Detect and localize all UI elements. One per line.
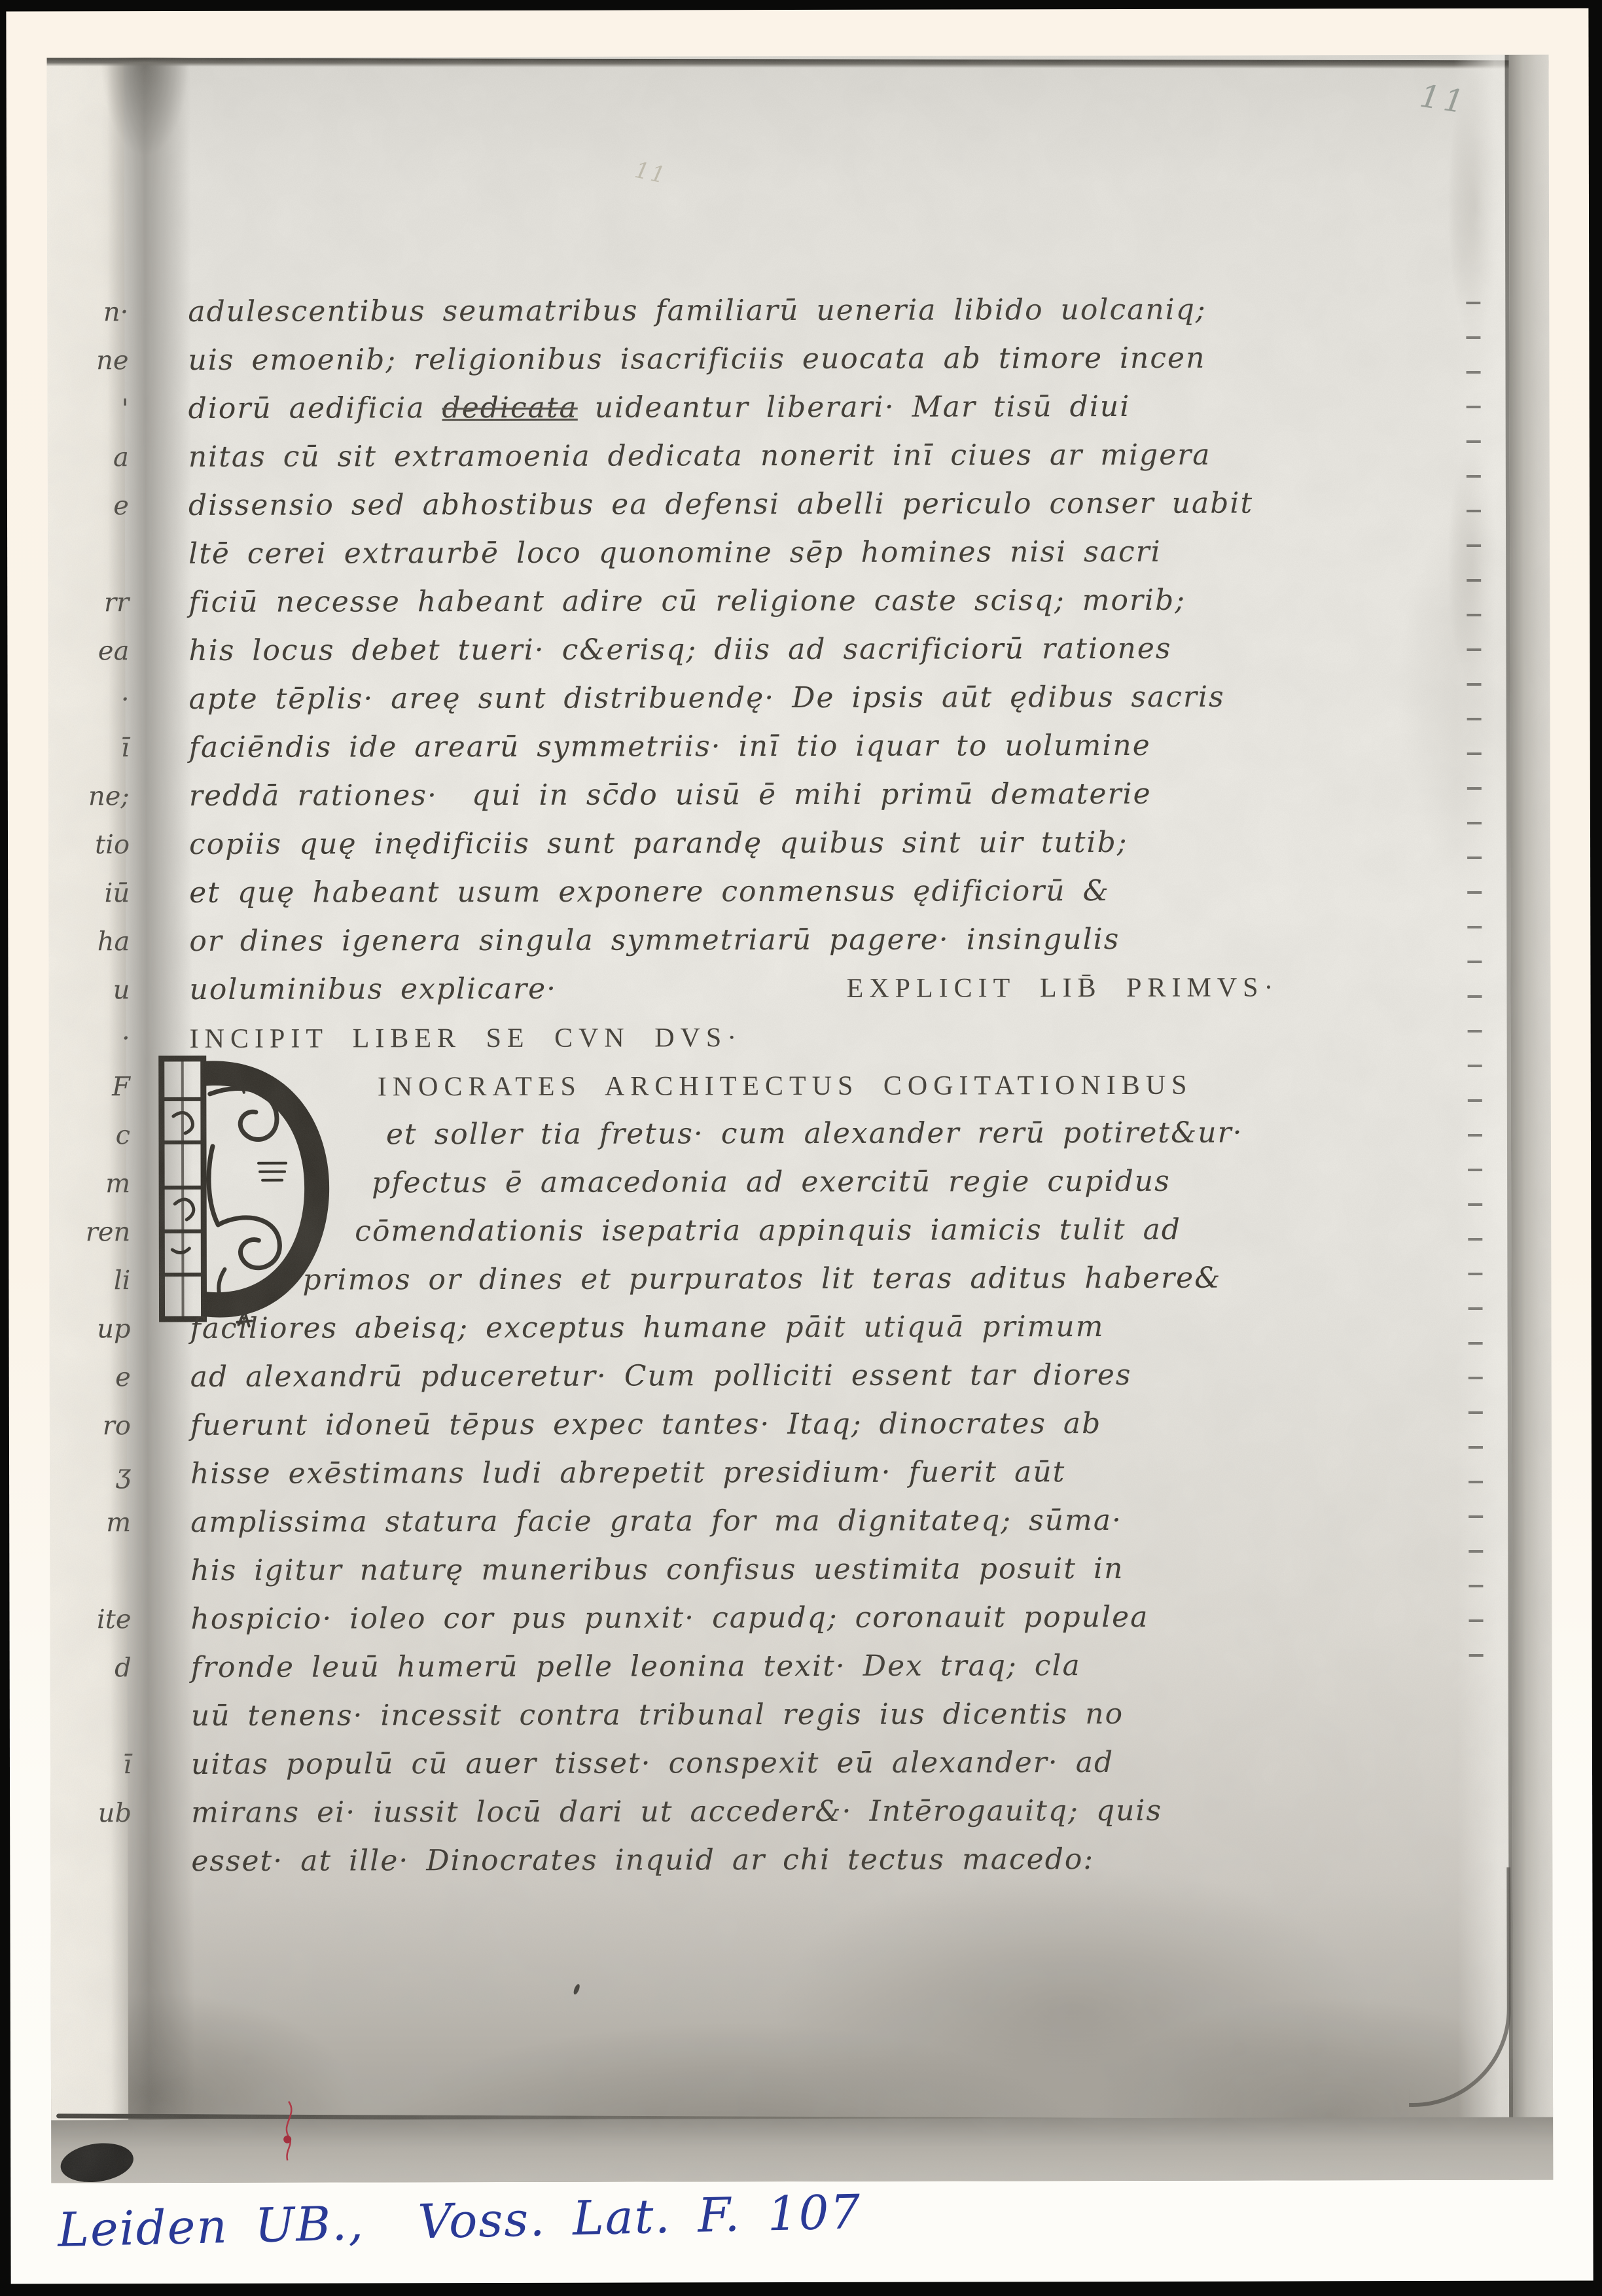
manuscript-line: ficiū necesse habeant adire cū religione… bbox=[188, 576, 1288, 627]
manuscript-line: faciliores abeisq; exceptus humane pāit … bbox=[190, 1302, 1290, 1353]
manuscript-line: nitas cū sit extramoenia dedicata noneri… bbox=[188, 431, 1288, 482]
line-text: et quę habeant usum exponere conmensus ę… bbox=[189, 874, 1110, 910]
line-text: or dines igenera singula symmetriarū pag… bbox=[189, 923, 1120, 958]
manuscript-line: copiis quę inędificiis sunt parandę quib… bbox=[189, 818, 1289, 869]
manuscript-line: apte tēplis· areę sunt distribuendę· De … bbox=[188, 673, 1288, 724]
manuscript-line: or dines igenera singula symmetriarū pag… bbox=[189, 915, 1289, 966]
gutter-shadow-top bbox=[93, 58, 198, 215]
rubric-capitals: INCIPIT LIBER SE CVN DVS· bbox=[190, 1023, 743, 1054]
manuscript-line: adulescentibus seumatribus familiarū uen… bbox=[188, 285, 1287, 336]
photograph-page: n·ne'aerrea·īne;tioiūhau·Fcmrenliuperoʒm… bbox=[0, 0, 1602, 2296]
line-text: adulescentibus seumatribus familiarū uen… bbox=[188, 293, 1206, 328]
line-text: hisse exēstimans ludi abrepetit presidiu… bbox=[190, 1455, 1065, 1491]
manuscript-line: hisse exēstimans ludi abrepetit presidiu… bbox=[190, 1447, 1290, 1498]
faint-pencil-mark: 11 bbox=[632, 157, 669, 189]
line-text: uitas populū cū auer tisset· conspexit e… bbox=[191, 1746, 1114, 1781]
manuscript-photo: n·ne'aerrea·īne;tioiūhau·Fcmrenliuperoʒm… bbox=[47, 55, 1554, 2183]
line-text: reddā rationes· qui in sc̄do uisū ē mihi… bbox=[189, 777, 1152, 813]
manuscript-line: uoluminibus explicare·EXPLICIT LIB̄ PRIM… bbox=[189, 963, 1279, 1014]
manuscript-text: adulescentibus seumatribus familiarū uen… bbox=[188, 285, 1290, 1886]
line-text: ad alexandrū pduceretur· Cum polliciti e… bbox=[190, 1358, 1132, 1394]
manuscript-line: diorū aedificia dedicata uideantur liber… bbox=[188, 382, 1288, 433]
line-text: uideantur liberari· Mar tisū diui bbox=[578, 390, 1131, 425]
rubric-capitals: EXPLICIT LIB̄ PRIMVS· bbox=[846, 963, 1279, 1012]
line-text: fuerunt idoneū tēpus expec tantes· Itaq;… bbox=[190, 1407, 1102, 1442]
line-text: nitas cū sit extramoenia dedicata noneri… bbox=[188, 438, 1211, 474]
photo-mount-mat: n·ne'aerrea·īne;tioiūhau·Fcmrenliuperoʒm… bbox=[6, 8, 1593, 2284]
line-text: pfectus ē amacedonia ad exercitū regie c… bbox=[372, 1165, 1171, 1200]
manuscript-line: fuerunt idoneū tēpus expec tantes· Itaq;… bbox=[190, 1399, 1290, 1450]
line-text: ficiū necesse habeant adire cū religione… bbox=[188, 584, 1186, 619]
manuscript-line: cōmendationis isepatria appinquis iamici… bbox=[190, 1205, 1289, 1256]
manuscript-line: his locus debet tueri· c&erisq; diis ad … bbox=[188, 624, 1288, 675]
rubric-capitals: INOCRATES ARCHITECTUS COGITATIONIBUS bbox=[378, 1070, 1193, 1103]
manuscript-line: amplissima statura facie grata for ma di… bbox=[190, 1496, 1290, 1547]
manuscript-line: pfectus ē amacedonia ad exercitū regie c… bbox=[190, 1157, 1289, 1208]
manuscript-line: hospicio· ioleo cor pus punxit· capudq; … bbox=[190, 1593, 1290, 1644]
line-text: ltē cerei extraurbē loco quonomine sēp h… bbox=[188, 535, 1162, 571]
line-text: his igitur naturę muneribus confisus ues… bbox=[190, 1552, 1124, 1587]
line-text: amplissima statura facie grata for ma di… bbox=[190, 1504, 1122, 1539]
manuscript-line: uitas populū cū auer tisset· conspexit e… bbox=[191, 1738, 1290, 1789]
line-text: et soller tia fretus· cum alexander rerū… bbox=[386, 1116, 1243, 1152]
line-text: fronde leuū humerū pelle leonina texit· … bbox=[191, 1649, 1081, 1684]
page-fore-edge-strip bbox=[1509, 55, 1554, 2180]
manuscript-line: et quę habeant usum exponere conmensus ę… bbox=[189, 866, 1289, 917]
ruling-tick-marks bbox=[1466, 302, 1483, 1682]
manuscript-line: uū tenens· incessit contra tribunal regi… bbox=[191, 1689, 1290, 1740]
line-text: mirans ei· iussit locū dari ut acceder&·… bbox=[191, 1794, 1162, 1829]
line-text: diorū aedificia bbox=[188, 391, 442, 425]
line-text: hospicio· ioleo cor pus punxit· capudq; … bbox=[190, 1600, 1148, 1636]
manuscript-line: reddā rationes· qui in sc̄do uisū ē mihi… bbox=[189, 769, 1289, 821]
manuscript-line: et soller tia fretus· cum alexander rerū… bbox=[190, 1108, 1289, 1159]
manuscript-line: faciēndis ide arearū symmetriis· inī tio… bbox=[189, 721, 1289, 772]
line-text: copiis quę inędificiis sunt parandę quib… bbox=[189, 826, 1128, 861]
line-text: apte tēplis· areę sunt distribuendę· De … bbox=[189, 680, 1225, 716]
manuscript-line: fronde leuū humerū pelle leonina texit· … bbox=[191, 1641, 1290, 1692]
manuscript-line: ad alexandrū pduceretur· Cum polliciti e… bbox=[190, 1351, 1290, 1402]
manuscript-line: primos or dines et purpuratos lit teras … bbox=[190, 1254, 1289, 1305]
line-text: faciliores abeisq; exceptus humane pāit … bbox=[190, 1310, 1105, 1345]
line-text: primos or dines et purpuratos lit teras … bbox=[302, 1262, 1221, 1297]
manuscript-line: INOCRATES ARCHITECTUS COGITATIONIBUS bbox=[190, 1060, 1289, 1111]
line-text: uoluminibus explicare· bbox=[189, 965, 557, 1014]
folio-number: 11 bbox=[1417, 78, 1470, 122]
line-text: his locus debet tueri· c&erisq; diis ad … bbox=[188, 632, 1171, 667]
line-text: faciēndis ide arearū symmetriis· inī tio… bbox=[189, 729, 1151, 764]
struck-word: dedicata bbox=[442, 391, 577, 425]
line-text: dissensio sed abhostibus ea defensi abel… bbox=[188, 487, 1253, 522]
ink-dot bbox=[573, 1983, 581, 1995]
page-top-edge bbox=[47, 58, 1554, 69]
line-text: esset· at ille· Dinocrates inquid ar chi… bbox=[191, 1843, 1094, 1878]
manuscript-line: mirans ei· iussit locū dari ut acceder&·… bbox=[191, 1786, 1290, 1837]
manuscript-line: his igitur naturę muneribus confisus ues… bbox=[190, 1544, 1290, 1595]
manuscript-line: INCIPIT LIBER SE CVN DVS· bbox=[190, 1012, 1289, 1063]
line-text: uis emoenib; religionibus isacrificiis e… bbox=[188, 342, 1205, 377]
manuscript-line: ltē cerei extraurbē loco quonomine sēp h… bbox=[188, 527, 1288, 578]
manuscript-line: uis emoenib; religionibus isacrificiis e… bbox=[188, 334, 1287, 385]
manuscript-line: dissensio sed abhostibus ea defensi abel… bbox=[188, 479, 1288, 530]
red-fiber bbox=[269, 2098, 308, 2166]
line-text: cōmendationis isepatria appinquis iamici… bbox=[355, 1213, 1181, 1248]
line-text: uū tenens· incessit contra tribunal regi… bbox=[191, 1697, 1124, 1733]
manuscript-line: esset· at ille· Dinocrates inquid ar chi… bbox=[191, 1835, 1290, 1886]
